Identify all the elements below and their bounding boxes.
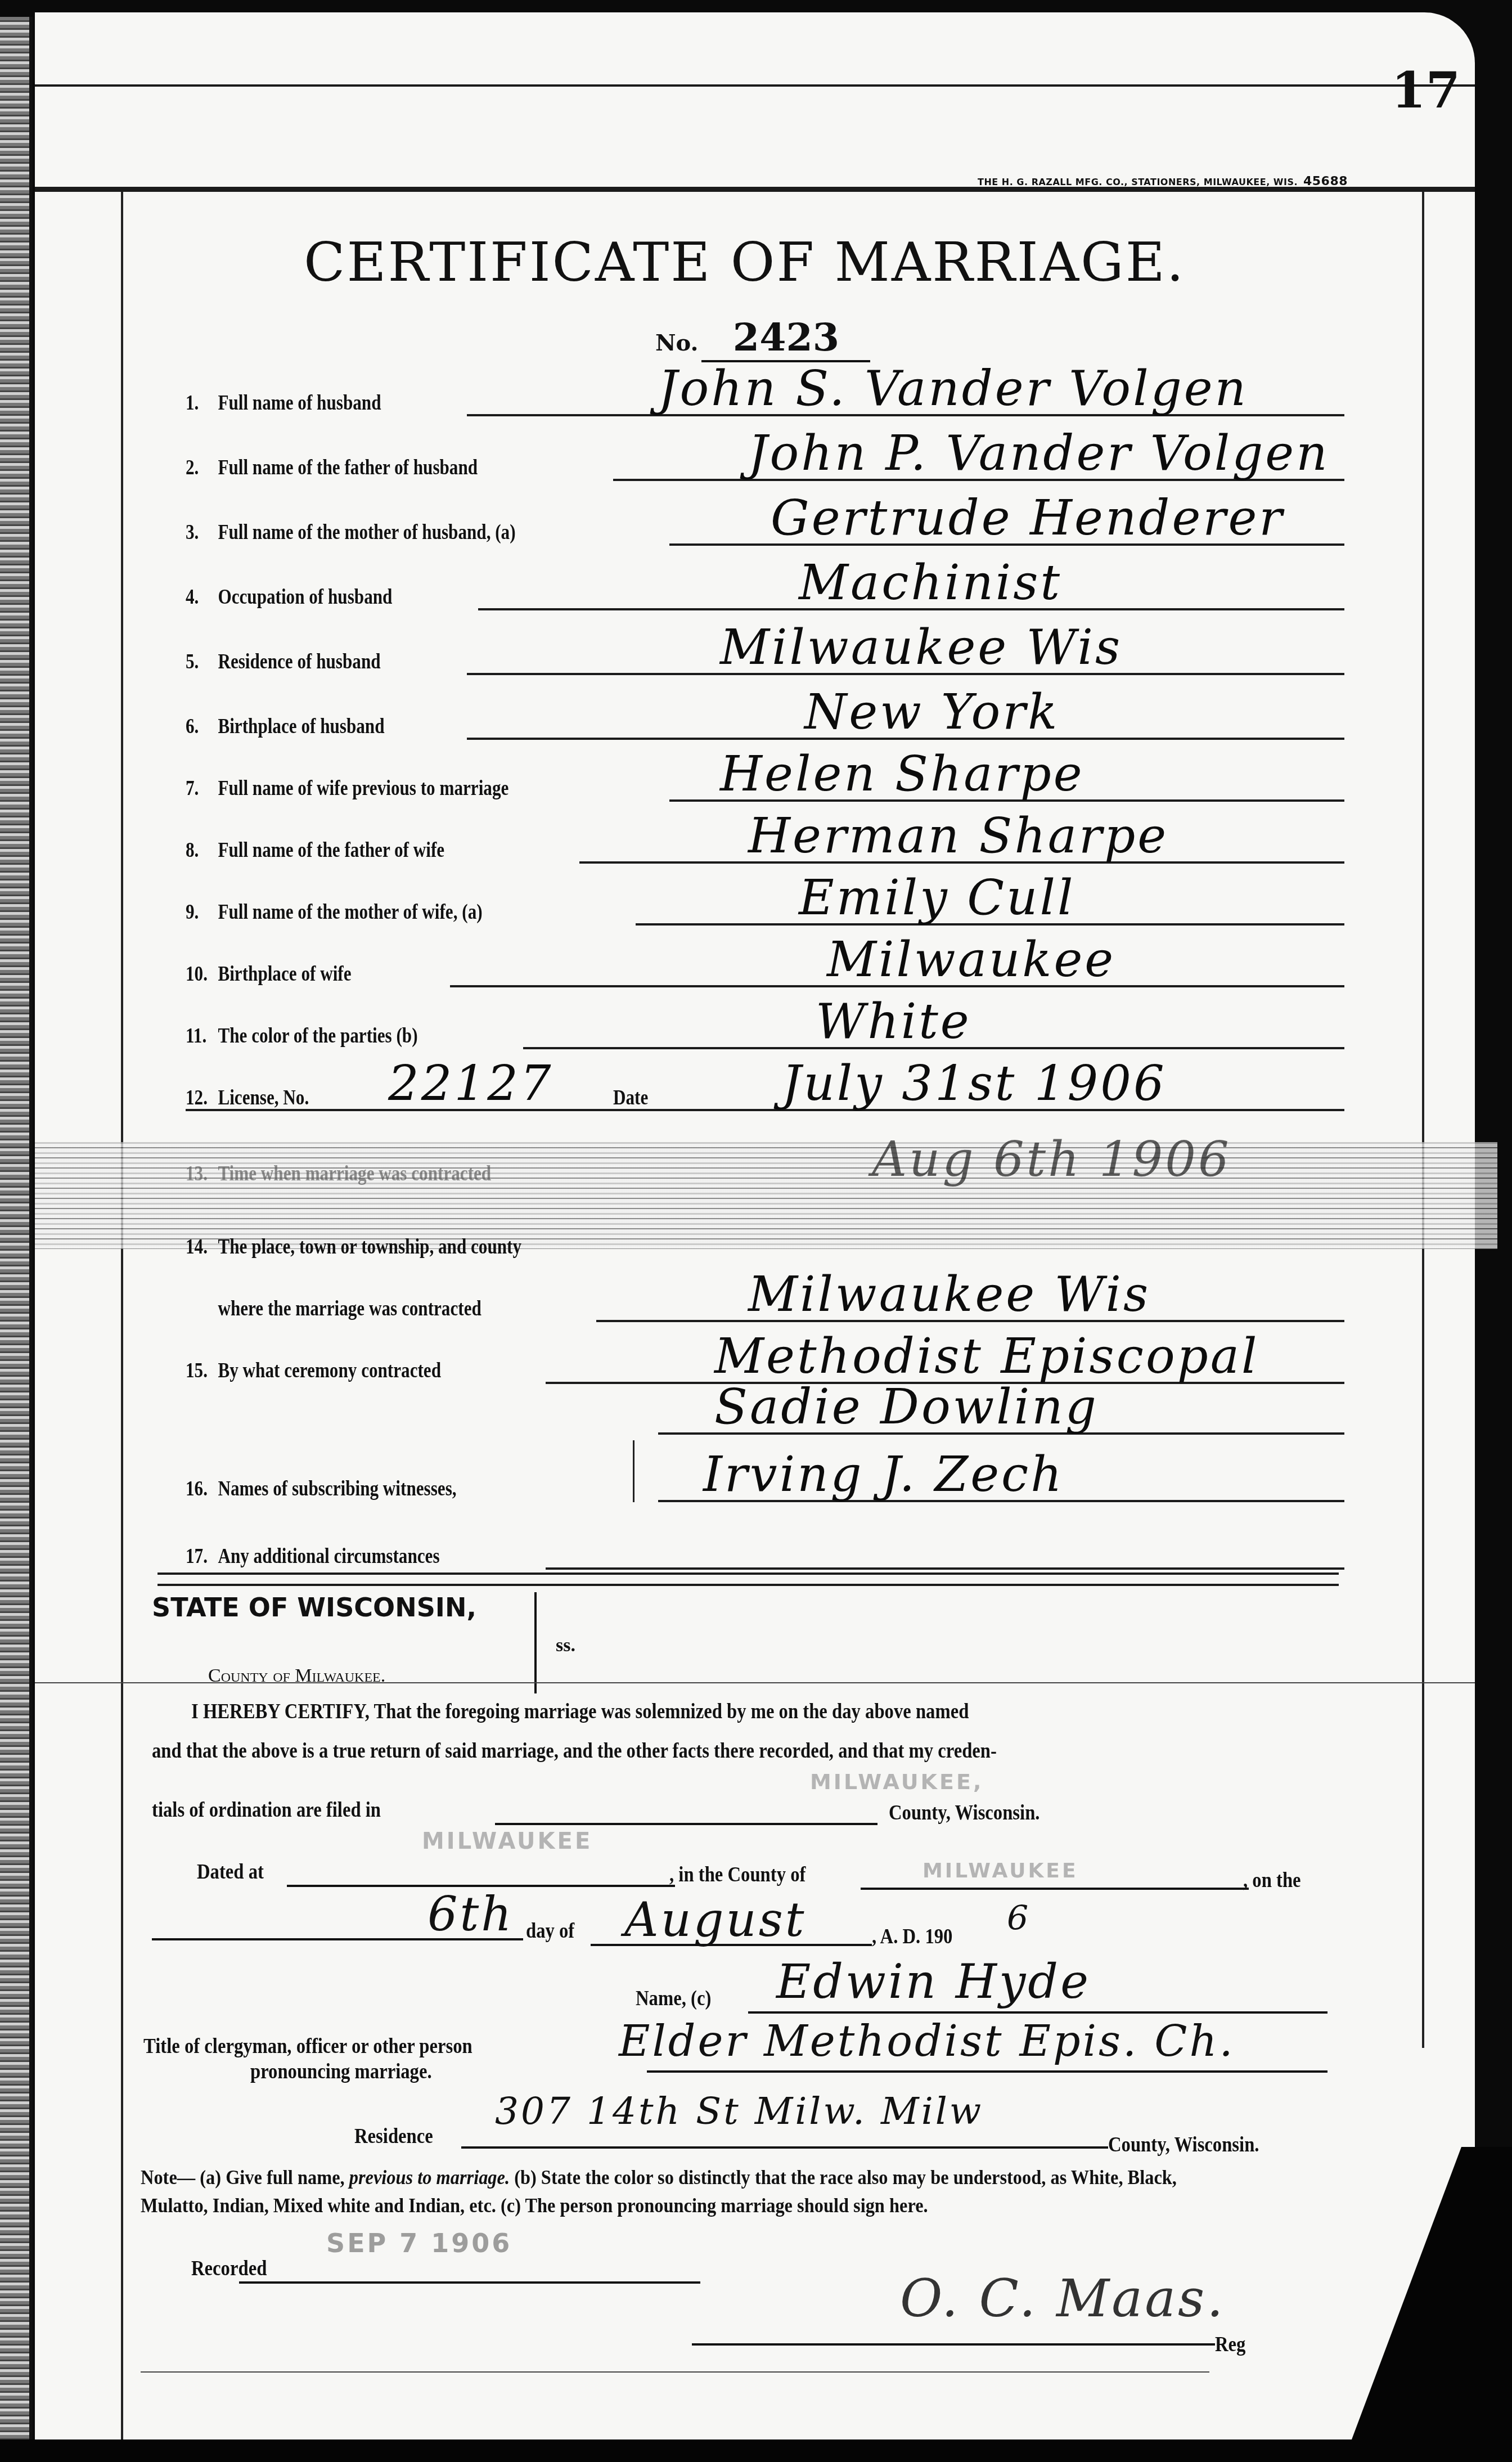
- field-color-of-parties: 11.The color of the parties (b) White: [186, 993, 1344, 1055]
- month-line: [591, 1944, 872, 1946]
- license-date[interactable]: July 31st 1906: [782, 1059, 1167, 1108]
- county-title: County of Milwaukee.: [208, 1665, 385, 1687]
- page-number: 17: [1392, 61, 1460, 119]
- officiant-title-line: [647, 2070, 1327, 2073]
- field-husband-father: 2.Full name of the father of husband Joh…: [186, 425, 1344, 487]
- field-value[interactable]: Milwaukee Wis: [720, 623, 1122, 672]
- residence-label: Residence: [354, 2124, 433, 2149]
- book-binding: [0, 17, 33, 2462]
- footnote: Note— (a) Give full name, previous to ma…: [141, 2163, 1224, 2220]
- ad-label: , A. D. 190: [872, 1924, 952, 1949]
- field-value[interactable]: White: [816, 998, 971, 1046]
- dated-at-label: Dated at: [197, 1859, 264, 1884]
- jurisdiction-block: STATE OF WISCONSIN, County of Milwaukee.…: [152, 1592, 476, 1623]
- note-prefix: Note—: [141, 2166, 195, 2189]
- note-a: (a) Give full name,: [200, 2166, 344, 2189]
- field-place: where the marriage was contracted Milwau…: [186, 1266, 1344, 1328]
- field-value[interactable]: Machinist: [799, 559, 1062, 607]
- county-of-label: , in the County of: [669, 1862, 805, 1887]
- day-of-label: day of: [526, 1919, 574, 1943]
- field-number: 8.: [186, 838, 218, 862]
- dated-day[interactable]: 6th: [427, 1890, 514, 1938]
- field-value[interactable]: John P. Vander Volgen: [748, 429, 1330, 478]
- license-date-label: Date: [613, 1085, 648, 1110]
- section-rule: [157, 1584, 1339, 1586]
- field-number: 4.: [186, 585, 218, 609]
- left-margin-line: [121, 191, 123, 2453]
- field-value[interactable]: Methodist Episcopal: [714, 1332, 1259, 1381]
- certify-line-3-suffix: County, Wisconsin.: [889, 1800, 1040, 1825]
- field-time-contracted: 13.Time when marriage was contracted Aug…: [186, 1131, 1344, 1193]
- field-value[interactable]: Herman Sharpe: [748, 812, 1168, 860]
- residence-suffix: County, Wisconsin.: [1108, 2132, 1259, 2157]
- field-label: Full name of the mother of wife, (a): [218, 900, 482, 924]
- field-husband-residence: 5.Residence of husband Milwaukee Wis: [186, 619, 1344, 681]
- field-witnesses: 16.Names of subscribing witnesses, Irvin…: [186, 1446, 1344, 1508]
- certify-line-2: and that the above is a true return of s…: [152, 1738, 1163, 1763]
- field-value[interactable]: Milwaukee: [827, 936, 1115, 984]
- header-rule-top: [35, 84, 1475, 87]
- certificate-title: CERTIFICATE OF MARRIAGE.: [304, 231, 1271, 294]
- field-additional: 17.Any additional circumstances: [186, 1513, 1344, 1575]
- field-husband-mother: 3.Full name of the mother of husband, (a…: [186, 489, 1344, 551]
- dated-month[interactable]: August: [624, 1896, 807, 1943]
- field-label: where the marriage was contracted: [218, 1297, 481, 1320]
- certificate-number: No.2423: [655, 315, 870, 362]
- field-label: The place, town or township, and county: [218, 1235, 521, 1259]
- officiant-title-label-2: pronouncing marriage.: [250, 2059, 432, 2084]
- officiant-title[interactable]: Elder Methodist Epis. Ch.: [619, 2020, 1235, 2063]
- officiant-name[interactable]: Edwin Hyde: [776, 1958, 1091, 2005]
- field-number: 17.: [186, 1544, 218, 1569]
- scan-bottom-edge: [0, 2439, 1512, 2462]
- printer-imprint-text: THE H. G. RAZALL MFG. CO., STATIONERS, M…: [978, 177, 1298, 187]
- jurisdiction-brace: [534, 1592, 553, 1693]
- field-husband-name: 1.Full name of husband John S. Vander Vo…: [186, 360, 1344, 422]
- dated-year-suffix[interactable]: 6: [1007, 1902, 1030, 1935]
- field-value[interactable]: John S. Vander Volgen: [658, 365, 1248, 413]
- field-label: Any additional circumstances: [218, 1544, 439, 1568]
- on-the-label: , on the: [1243, 1868, 1301, 1893]
- field-number: 7.: [186, 776, 218, 801]
- field-number: 5.: [186, 649, 218, 674]
- note-c: (c) The person pronouncing marriage shou…: [501, 2194, 928, 2217]
- field-number: 9.: [186, 900, 218, 924]
- witness-2[interactable]: Irving J. Zech: [703, 1450, 1064, 1499]
- officiant-title-label-1: Title of clergyman, officer or other per…: [143, 2034, 472, 2059]
- field-license: 12.License, No. 22127 Date July 31st 190…: [186, 1055, 1344, 1117]
- scilicet-mark: ss.: [556, 1635, 575, 1656]
- field-label: Birthplace of wife: [218, 962, 351, 986]
- field-label: Birthplace of husband: [218, 715, 384, 738]
- field-label: Full name of husband: [218, 391, 381, 415]
- field-number: 6.: [186, 714, 218, 739]
- field-wife-father: 8.Full name of the father of wife Herman…: [186, 807, 1344, 869]
- recorded-label: Recorded: [191, 2256, 267, 2281]
- certificate-number-label: No.: [655, 330, 698, 356]
- field-value[interactable]: Aug 6th 1906: [872, 1135, 1231, 1184]
- county-of-stamp: MILWAUKEE: [922, 1859, 1078, 1883]
- field-number: 13.: [186, 1161, 218, 1186]
- field-number: 2.: [186, 455, 218, 480]
- ordination-county-stamp: MILWAUKEE,: [810, 1769, 983, 1794]
- certify-line-1: I HEREBY CERTIFY, That the foregoing mar…: [191, 1699, 1202, 1724]
- county-of-line: [861, 1888, 1249, 1890]
- state-title: STATE OF WISCONSIN,: [152, 1592, 476, 1623]
- ordination-county-line: [495, 1823, 877, 1825]
- field-wife-name: 7.Full name of wife previous to marriage…: [186, 745, 1344, 807]
- section-rule: [35, 1682, 1475, 1683]
- field-value[interactable]: New York: [804, 688, 1059, 736]
- field-label: Full name of wife previous to marriage: [218, 776, 508, 800]
- field-value[interactable]: Milwaukee Wis: [748, 1270, 1150, 1319]
- field-number: 14.: [186, 1234, 218, 1259]
- officiant-name-label: Name, (c): [636, 1986, 711, 2011]
- field-label: The color of the parties (b): [218, 1024, 417, 1048]
- field-label: Residence of husband: [218, 650, 380, 673]
- field-number: 11.: [186, 1023, 218, 1048]
- field-wife-mother: 9.Full name of the mother of wife, (a) E…: [186, 869, 1344, 931]
- license-number[interactable]: 22127: [388, 1059, 553, 1108]
- recorded-date-stamp: SEP 7 1906: [326, 2228, 512, 2258]
- field-value[interactable]: Gertrude Henderer: [771, 494, 1284, 542]
- dated-at-stamp: MILWAUKEE: [422, 1828, 592, 1854]
- header-rule-bottom: [35, 187, 1475, 192]
- field-number: 16.: [186, 1476, 218, 1501]
- license-label: License, No.: [218, 1086, 309, 1109]
- witness-1[interactable]: Sadie Dowling: [714, 1383, 1099, 1431]
- field-number: 3.: [186, 520, 218, 545]
- field-number: 1.: [186, 390, 218, 415]
- field-husband-birthplace: 6.Birthplace of husband New York: [186, 684, 1344, 745]
- field-number: 10.: [186, 962, 218, 986]
- field-husband-occupation: 4.Occupation of husband Machinist: [186, 554, 1344, 616]
- field-label: Occupation of husband: [218, 585, 392, 609]
- field-label: Names of subscribing witnesses,: [218, 1477, 456, 1500]
- register-label: Reg: [1215, 2332, 1245, 2357]
- register-signature[interactable]: O. C. Maas.: [900, 2273, 1225, 2325]
- bottom-rule: [141, 2371, 1209, 2373]
- officiant-name-line: [748, 2011, 1327, 2014]
- field-value[interactable]: Emily Cull: [799, 874, 1075, 922]
- field-place-line1: 14.The place, town or township, and coun…: [186, 1204, 1344, 1266]
- field-witness-1: Sadie Dowling: [186, 1378, 1344, 1440]
- field-value[interactable]: Helen Sharpe: [720, 750, 1084, 798]
- officiant-residence[interactable]: 307 14th St Milw. Milw: [495, 2093, 983, 2130]
- register-line: [692, 2343, 1215, 2346]
- field-label: Full name of the father of wife: [218, 838, 444, 862]
- field-wife-birthplace: 10.Birthplace of wife Milwaukee: [186, 931, 1344, 993]
- day-line: [152, 1938, 523, 1940]
- residence-line: [461, 2146, 1108, 2149]
- right-margin-line: [1422, 191, 1424, 2048]
- certificate-number-value: 2423: [701, 315, 870, 362]
- recorded-line: [239, 2281, 700, 2284]
- field-label: Full name of the father of husband: [218, 456, 478, 479]
- field-label: Time when marriage was contracted: [218, 1162, 491, 1185]
- field-number: 12.: [186, 1085, 218, 1110]
- field-label: Full name of the mother of husband, (a): [218, 520, 515, 544]
- section-rule: [157, 1573, 1339, 1575]
- note-a-italic: previous to marriage.: [349, 2166, 510, 2189]
